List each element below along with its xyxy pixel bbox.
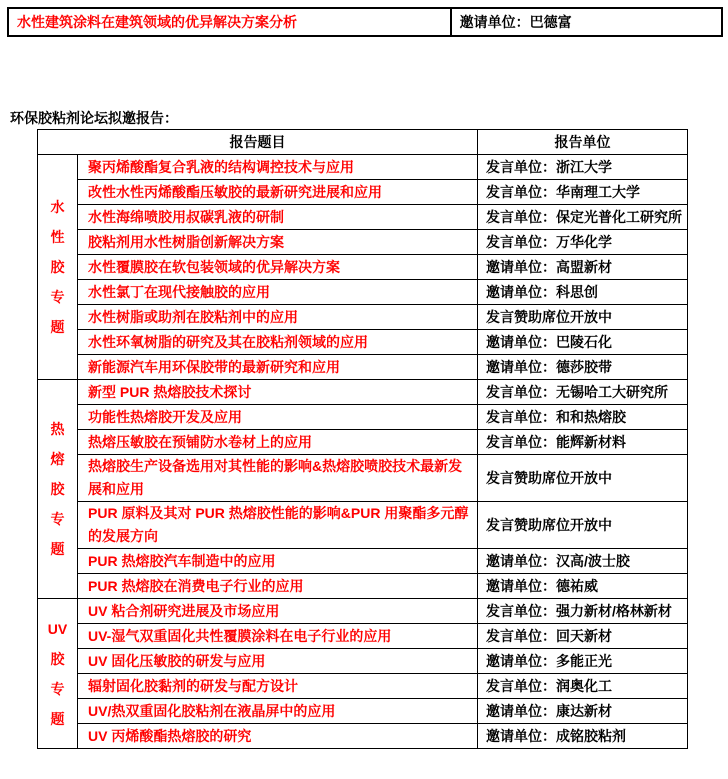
report-unit-cell: 发言赞助席位开放中: [478, 455, 688, 502]
group-label-char: 热: [39, 414, 76, 444]
table-row: PUR 热熔胶在消费电子行业的应用邀请单位：德祐威: [38, 574, 688, 599]
report-unit-cell: 邀请单位：高盟新材: [478, 255, 688, 280]
header-table: 水性建筑涂料在建筑领域的优异解决方案分析 邀请单位：巴德富: [7, 7, 723, 37]
report-title-cell: 热熔压敏胶在预铺防水卷材上的应用: [78, 430, 478, 455]
document-title: 水性建筑涂料在建筑领域的优异解决方案分析: [8, 8, 451, 36]
report-title-cell: 胶粘剂用水性树脂创新解决方案: [78, 230, 478, 255]
table-row: UV 固化压敏胶的研发与应用邀请单位：多能正光: [38, 649, 688, 674]
report-unit-cell: 发言赞助席位开放中: [478, 305, 688, 330]
group-label-char: 胶: [39, 474, 76, 504]
group-label-water-based: 水性胶专题: [38, 155, 78, 380]
group-label-char: 胶: [39, 252, 76, 282]
reports-table: 报告题目 报告单位 水性胶专题聚丙烯酸酯复合乳液的结构调控技术与应用发言单位：浙…: [37, 129, 688, 749]
group-label-char: 专: [39, 504, 76, 534]
report-title-cell: UV/热双重固化胶粘剂在液晶屏中的应用: [78, 699, 478, 724]
report-unit-cell: 邀请单位：汉高/波士胶: [478, 549, 688, 574]
group-label-char: 题: [39, 312, 76, 342]
report-title-cell: PUR 热熔胶在消费电子行业的应用: [78, 574, 478, 599]
report-title-cell: 新能源汽车用环保胶带的最新研究和应用: [78, 355, 478, 380]
report-unit-cell: 发言单位：和和热熔胶: [478, 405, 688, 430]
col-header-report-title: 报告题目: [38, 130, 478, 155]
report-unit-cell: 发言单位：回天新材: [478, 624, 688, 649]
group-label-uv: UV胶专题: [38, 599, 78, 749]
table-row: 水性胶专题聚丙烯酸酯复合乳液的结构调控技术与应用发言单位：浙江大学: [38, 155, 688, 180]
report-unit-cell: 发言单位：能辉新材料: [478, 430, 688, 455]
reports-table-header-row: 报告题目 报告单位: [38, 130, 688, 155]
table-row: 新能源汽车用环保胶带的最新研究和应用邀请单位：德莎胶带: [38, 355, 688, 380]
reports-table-body: 水性胶专题聚丙烯酸酯复合乳液的结构调控技术与应用发言单位：浙江大学改性水性丙烯酸…: [38, 155, 688, 749]
table-row: UV/热双重固化胶粘剂在液晶屏中的应用邀请单位：康达新材: [38, 699, 688, 724]
group-label-char: 题: [39, 704, 76, 734]
table-row: 热熔胶生产设备选用对其性能的影响&热熔胶喷胶技术最新发展和应用发言赞助席位开放中: [38, 455, 688, 502]
table-row: PUR 原料及其对 PUR 热熔胶性能的影响&PUR 用聚酯多元醇的发展方向发言…: [38, 502, 688, 549]
table-row: 辐射固化胶黏剂的研发与配方设计发言单位：润奥化工: [38, 674, 688, 699]
document-page: 水性建筑涂料在建筑领域的优异解决方案分析 邀请单位：巴德富 环保胶粘剂论坛拟邀报…: [0, 0, 728, 756]
group-label-hot-melt: 热熔胶专题: [38, 380, 78, 599]
table-row: 热熔压敏胶在预铺防水卷材上的应用发言单位：能辉新材料: [38, 430, 688, 455]
report-unit-cell: 发言单位：无锡哈工大研究所: [478, 380, 688, 405]
group-label-char: 胶: [39, 644, 76, 674]
table-row: 胶粘剂用水性树脂创新解决方案发言单位：万华化学: [38, 230, 688, 255]
report-title-cell: UV 粘合剂研究进展及市场应用: [78, 599, 478, 624]
report-title-cell: 水性树脂或助剂在胶粘剂中的应用: [78, 305, 478, 330]
report-title-cell: 聚丙烯酸酯复合乳液的结构调控技术与应用: [78, 155, 478, 180]
group-label-char: 水: [39, 192, 76, 222]
group-label-char: 专: [39, 282, 76, 312]
report-unit-cell: 邀请单位：德莎胶带: [478, 355, 688, 380]
report-title-cell: UV 丙烯酸酯热熔胶的研究: [78, 724, 478, 749]
report-title-cell: 功能性热熔胶开发及应用: [78, 405, 478, 430]
group-label-char: 专: [39, 674, 76, 704]
report-unit-cell: 发言单位：万华化学: [478, 230, 688, 255]
report-title-cell: 辐射固化胶黏剂的研发与配方设计: [78, 674, 478, 699]
table-row: UV 丙烯酸酯热熔胶的研究邀请单位：成铭胶粘剂: [38, 724, 688, 749]
report-unit-cell: 邀请单位：成铭胶粘剂: [478, 724, 688, 749]
report-title-cell: 新型 PUR 热熔胶技术探讨: [78, 380, 478, 405]
report-unit-cell: 邀请单位：科思创: [478, 280, 688, 305]
invite-unit: 邀请单位：巴德富: [451, 8, 722, 36]
report-unit-cell: 邀请单位：巴陵石化: [478, 330, 688, 355]
report-unit-cell: 邀请单位：德祐威: [478, 574, 688, 599]
report-title-cell: 水性环氧树脂的研究及其在胶粘剂领域的应用: [78, 330, 478, 355]
group-label-char: 熔: [39, 444, 76, 474]
report-unit-cell: 邀请单位：康达新材: [478, 699, 688, 724]
report-unit-cell: 邀请单位：多能正光: [478, 649, 688, 674]
report-title-cell: PUR 热熔胶汽车制造中的应用: [78, 549, 478, 574]
table-row: UV胶专题UV 粘合剂研究进展及市场应用发言单位：强力新材/格林新材: [38, 599, 688, 624]
table-row: 水性环氧树脂的研究及其在胶粘剂领域的应用邀请单位：巴陵石化: [38, 330, 688, 355]
table-row: UV-湿气双重固化共性覆膜涂料在电子行业的应用发言单位：回天新材: [38, 624, 688, 649]
report-unit-cell: 发言单位：浙江大学: [478, 155, 688, 180]
report-unit-cell: 发言赞助席位开放中: [478, 502, 688, 549]
report-unit-cell: 发言单位：强力新材/格林新材: [478, 599, 688, 624]
report-title-cell: UV 固化压敏胶的研发与应用: [78, 649, 478, 674]
group-label-char: 性: [39, 222, 76, 252]
section-heading: 环保胶粘剂论坛拟邀报告：: [10, 109, 721, 127]
report-title-cell: 水性海绵喷胶用叔碳乳液的研制: [78, 205, 478, 230]
table-row: 热熔胶专题新型 PUR 热熔胶技术探讨发言单位：无锡哈工大研究所: [38, 380, 688, 405]
table-row: 水性海绵喷胶用叔碳乳液的研制发言单位：保定光普化工研究所: [38, 205, 688, 230]
report-title-cell: 改性水性丙烯酸酯压敏胶的最新研究进展和应用: [78, 180, 478, 205]
table-row: 水性覆膜胶在软包装领域的优异解决方案邀请单位：高盟新材: [38, 255, 688, 280]
group-label-char: UV: [39, 614, 76, 644]
header-table-row: 水性建筑涂料在建筑领域的优异解决方案分析 邀请单位：巴德富: [8, 8, 722, 36]
report-unit-cell: 发言单位：保定光普化工研究所: [478, 205, 688, 230]
report-title-cell: UV-湿气双重固化共性覆膜涂料在电子行业的应用: [78, 624, 478, 649]
report-title-cell: 热熔胶生产设备选用对其性能的影响&热熔胶喷胶技术最新发展和应用: [78, 455, 478, 502]
report-title-cell: PUR 原料及其对 PUR 热熔胶性能的影响&PUR 用聚酯多元醇的发展方向: [78, 502, 478, 549]
table-row: PUR 热熔胶汽车制造中的应用邀请单位：汉高/波士胶: [38, 549, 688, 574]
table-row: 功能性热熔胶开发及应用发言单位：和和热熔胶: [38, 405, 688, 430]
report-unit-cell: 发言单位：华南理工大学: [478, 180, 688, 205]
group-label-char: 题: [39, 534, 76, 564]
table-row: 水性氯丁在现代接触胶的应用邀请单位：科思创: [38, 280, 688, 305]
report-title-cell: 水性氯丁在现代接触胶的应用: [78, 280, 478, 305]
report-title-cell: 水性覆膜胶在软包装领域的优异解决方案: [78, 255, 478, 280]
report-unit-cell: 发言单位：润奥化工: [478, 674, 688, 699]
table-row: 水性树脂或助剂在胶粘剂中的应用发言赞助席位开放中: [38, 305, 688, 330]
table-row: 改性水性丙烯酸酯压敏胶的最新研究进展和应用发言单位：华南理工大学: [38, 180, 688, 205]
col-header-report-unit: 报告单位: [478, 130, 688, 155]
